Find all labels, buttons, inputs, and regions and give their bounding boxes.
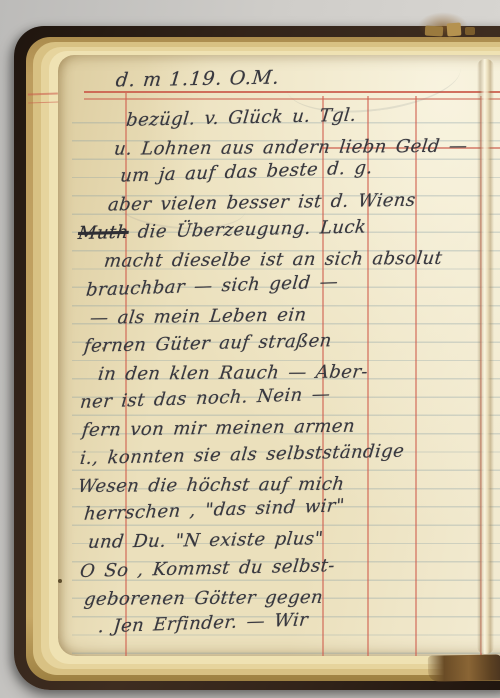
leather-fray-corner: [428, 654, 500, 681]
struck-word: Muth: [77, 222, 130, 244]
leather-fray: [465, 27, 475, 35]
handwriting-block: bezügl. v. Glück u. Tgl.u. Lohnen aus an…: [78, 108, 500, 642]
leather-fray: [425, 26, 443, 37]
red-line-edge-mark: [28, 92, 58, 103]
paper-speck: [58, 579, 62, 583]
photo-background: d. m 1.19. O.M. bezügl. v. Glück u. Tgl.…: [0, 0, 500, 698]
leather-fray: [447, 23, 462, 37]
notebook-page: d. m 1.19. O.M. bezügl. v. Glück u. Tgl.…: [58, 55, 500, 656]
page-crease: [477, 59, 494, 654]
handwriting-date-line: d. m 1.19. O.M.: [115, 67, 281, 92]
handwriting-line: bezügl. v. Glück u. Tgl.: [77, 98, 500, 136]
